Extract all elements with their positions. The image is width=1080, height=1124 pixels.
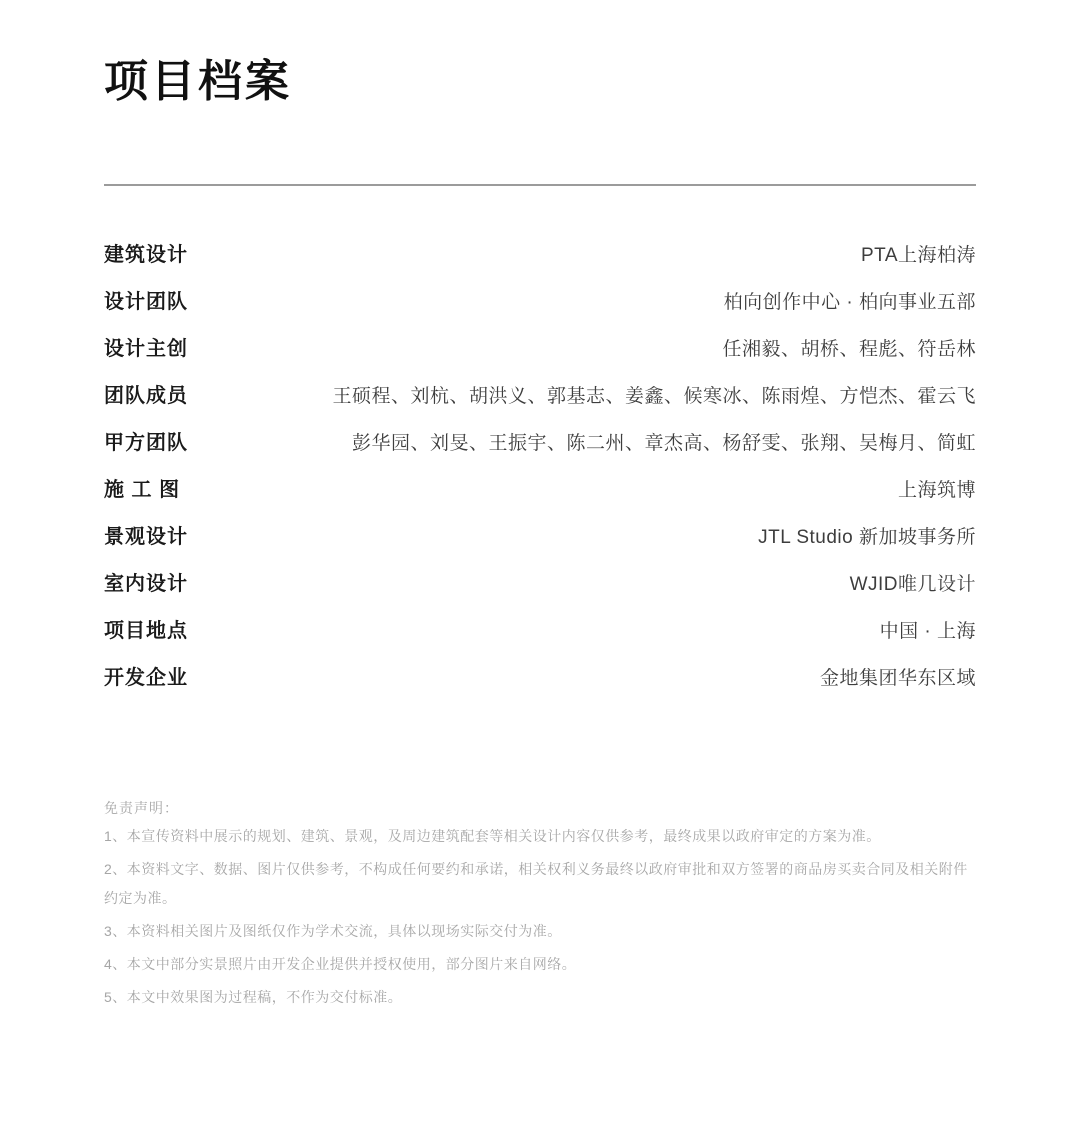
divider-line <box>104 184 976 186</box>
info-label: 项目地点 <box>104 618 188 644</box>
info-value: 王硕程、刘杭、胡洪义、郭基志、姜鑫、候寒冰、陈雨煌、方恺杰、霍云飞 <box>188 384 976 410</box>
info-row-project-location: 项目地点 中国 · 上海 <box>104 618 976 645</box>
disclaimer-section: 免责声明： 1、本宣传资料中展示的规划、建筑、景观，及周边建筑配套等相关设计内容… <box>104 798 976 1012</box>
info-row-construction-drawings: 施 工 图 上海筑博 <box>104 477 976 504</box>
info-row-client-team: 甲方团队 彭华园、刘旻、王振宇、陈二州、章杰高、杨舒雯、张翔、吴梅月、简虹 <box>104 430 976 457</box>
info-value: 上海筑博 <box>180 478 976 504</box>
info-label: 开发企业 <box>104 665 188 691</box>
info-row-architecture: 建筑设计 PTA上海柏涛 <box>104 242 976 269</box>
disclaimer-item-5: 5、本文中效果图为过程稿，不作为交付标准。 <box>104 983 976 1012</box>
info-label: 设计主创 <box>104 336 188 362</box>
disclaimer-item-2: 2、本资料文字、数据、图片仅供参考，不构成任何要约和承诺，相关权利义务最终以政府… <box>104 855 976 913</box>
info-value: 柏向创作中心 · 柏向事业五部 <box>188 290 976 316</box>
info-label: 室内设计 <box>104 571 188 597</box>
disclaimer-item-3: 3、本资料相关图片及图纸仅作为学术交流，具体以现场实际交付为准。 <box>104 917 976 946</box>
info-value: 彭华园、刘旻、王振宇、陈二州、章杰高、杨舒雯、张翔、吴梅月、简虹 <box>188 431 976 457</box>
info-row-team-members: 团队成员 王硕程、刘杭、胡洪义、郭基志、姜鑫、候寒冰、陈雨煌、方恺杰、霍云飞 <box>104 383 976 410</box>
disclaimer-item-1: 1、本宣传资料中展示的规划、建筑、景观，及周边建筑配套等相关设计内容仅供参考，最… <box>104 822 976 851</box>
disclaimer-heading: 免责声明： <box>104 798 976 818</box>
info-value: 中国 · 上海 <box>188 619 976 645</box>
info-label: 施 工 图 <box>104 477 180 503</box>
info-row-landscape-design: 景观设计 JTL Studio 新加坡事务所 <box>104 524 976 551</box>
info-value: PTA上海柏涛 <box>188 243 976 269</box>
project-archive-page: 项目档案 建筑设计 PTA上海柏涛 设计团队 柏向创作中心 · 柏向事业五部 设… <box>0 0 1080 1124</box>
info-label: 设计团队 <box>104 289 188 315</box>
info-value: 金地集团华东区域 <box>188 666 976 692</box>
page-content: 项目档案 建筑设计 PTA上海柏涛 设计团队 柏向创作中心 · 柏向事业五部 设… <box>104 0 976 1012</box>
info-row-interior-design: 室内设计 WJID唯几设计 <box>104 571 976 598</box>
info-label: 甲方团队 <box>104 430 188 456</box>
info-value: WJID唯几设计 <box>188 572 976 598</box>
info-label: 建筑设计 <box>104 242 188 268</box>
info-value: JTL Studio 新加坡事务所 <box>188 525 976 551</box>
page-title: 项目档案 <box>104 56 976 108</box>
info-row-developer: 开发企业 金地集团华东区域 <box>104 665 976 692</box>
disclaimer-item-4: 4、本文中部分实景照片由开发企业提供并授权使用，部分图片来自网络。 <box>104 950 976 979</box>
info-value: 任湘毅、胡桥、程彪、符岳林 <box>188 337 976 363</box>
info-label: 景观设计 <box>104 524 188 550</box>
info-row-lead-designers: 设计主创 任湘毅、胡桥、程彪、符岳林 <box>104 336 976 363</box>
info-row-design-team: 设计团队 柏向创作中心 · 柏向事业五部 <box>104 289 976 316</box>
info-label: 团队成员 <box>104 383 188 409</box>
project-info-list: 建筑设计 PTA上海柏涛 设计团队 柏向创作中心 · 柏向事业五部 设计主创 任… <box>104 242 976 692</box>
